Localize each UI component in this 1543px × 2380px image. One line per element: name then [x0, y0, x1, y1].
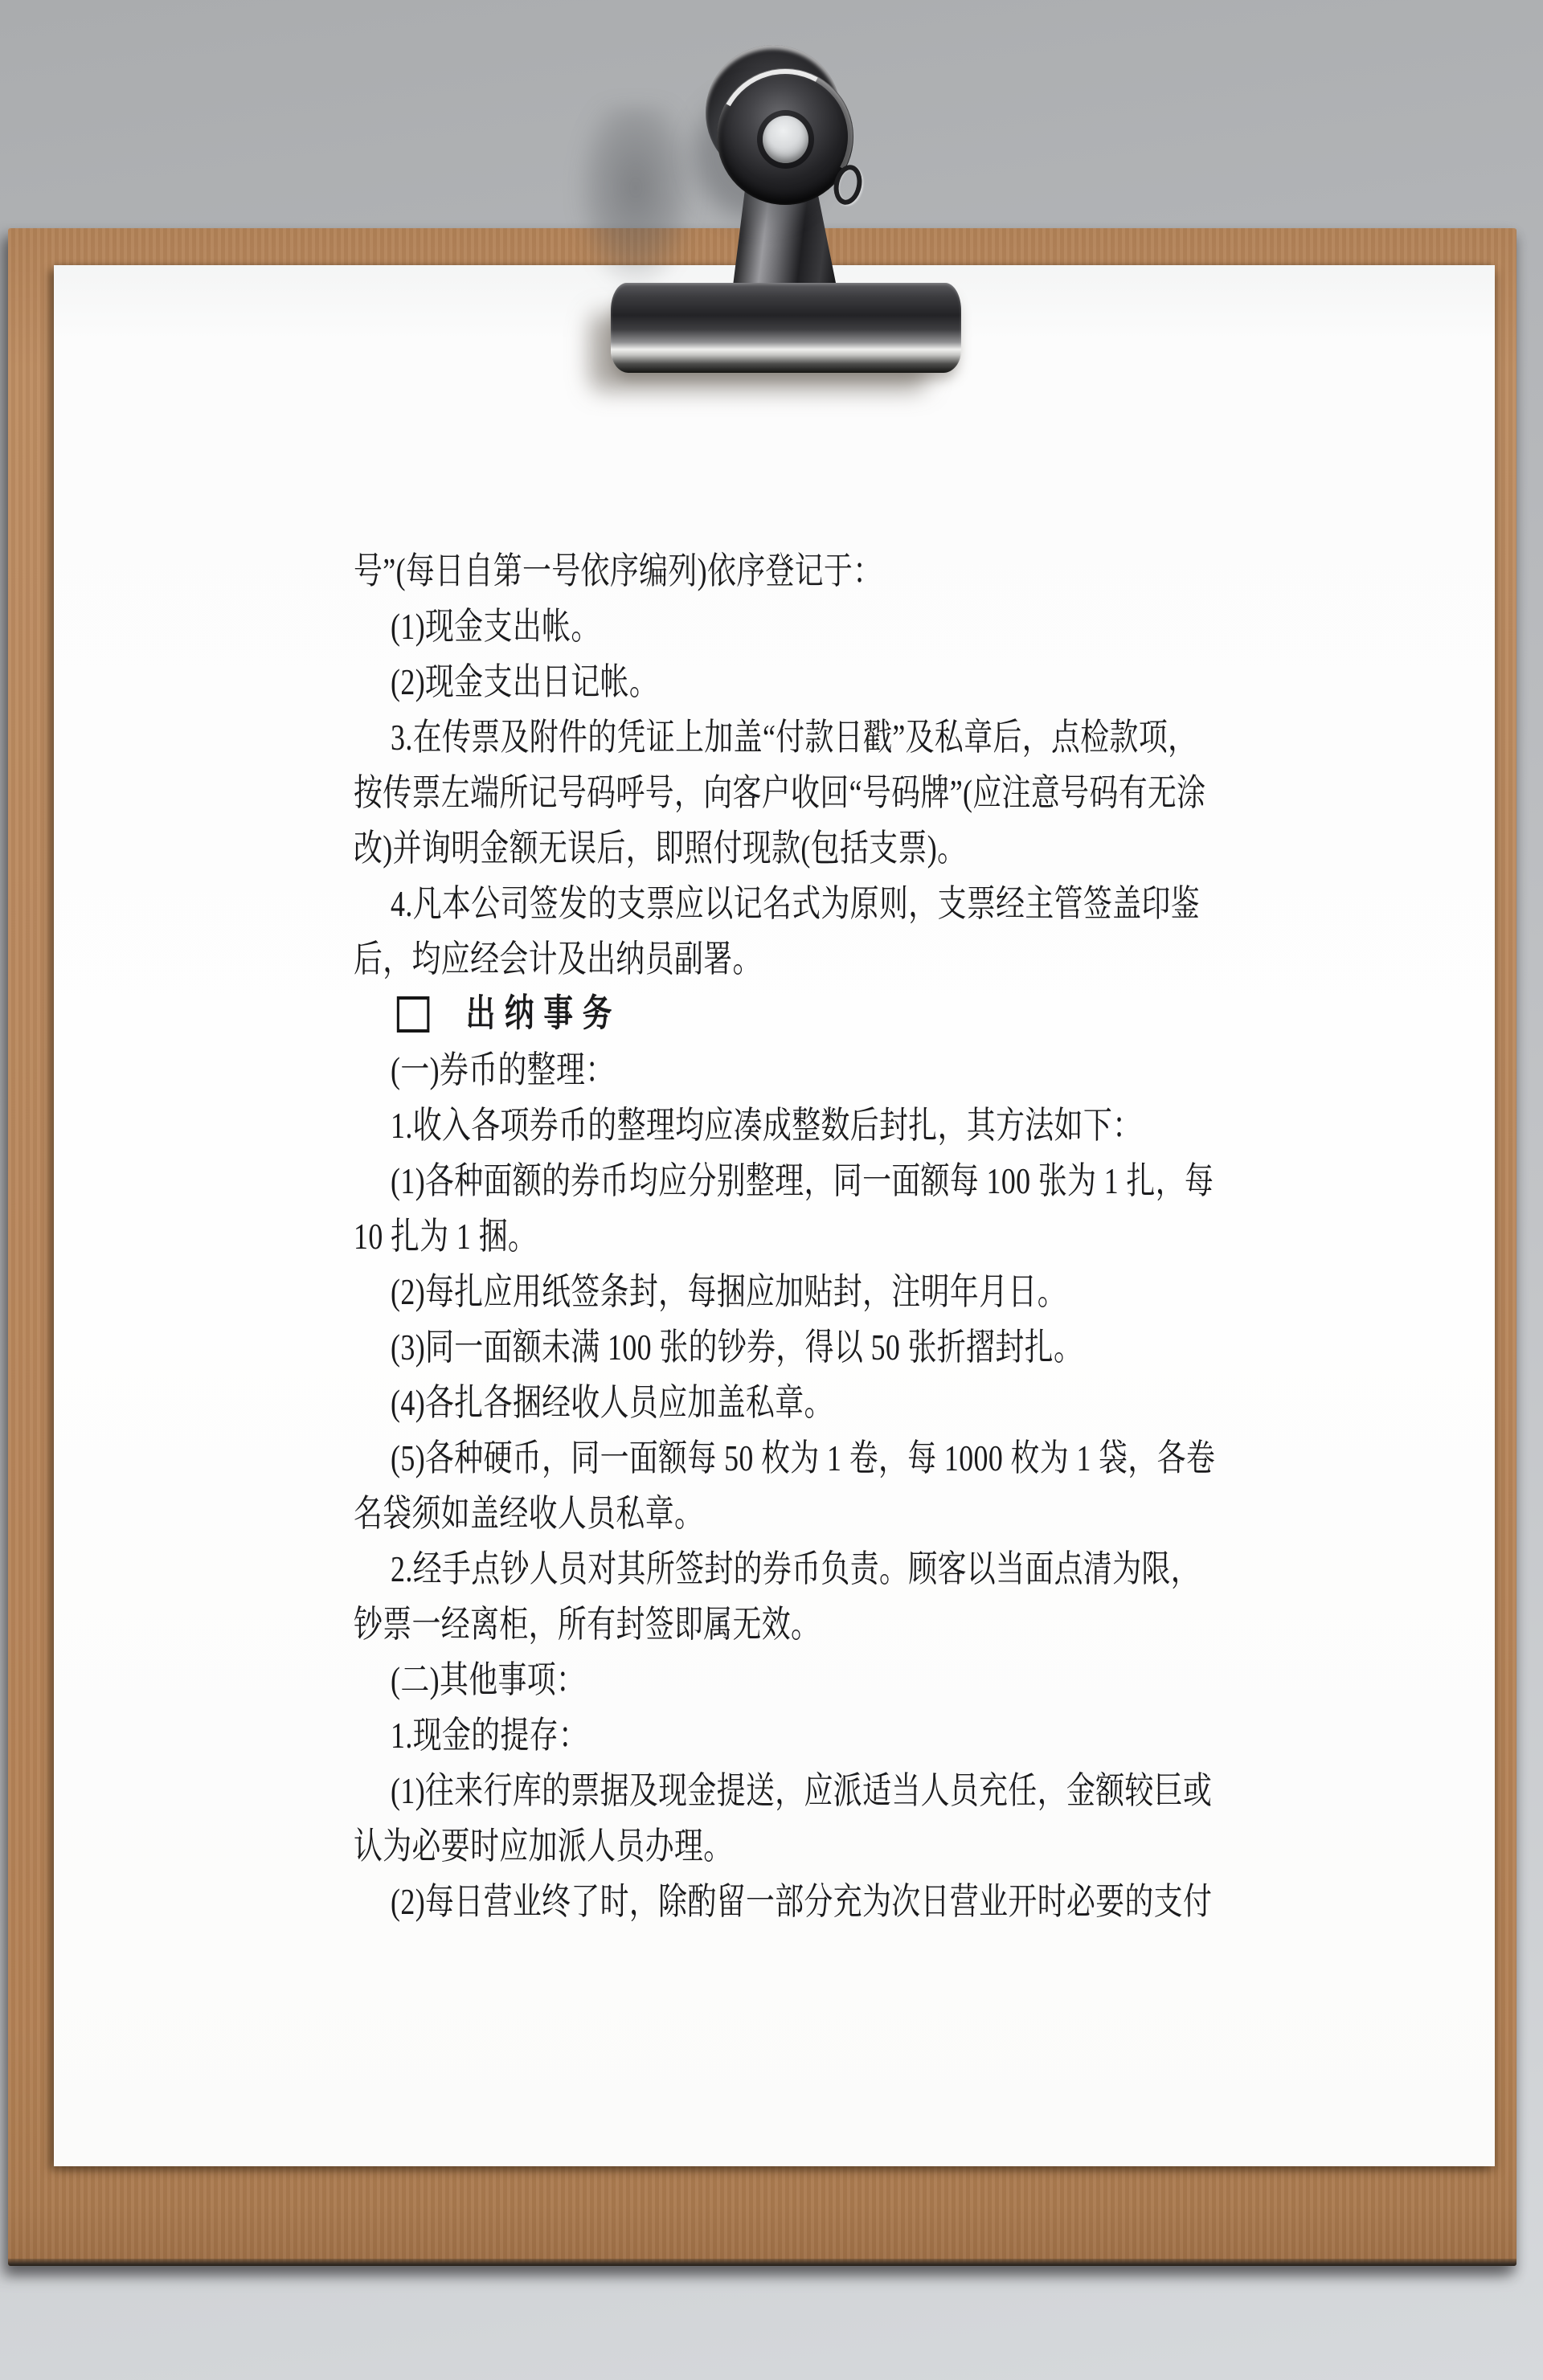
text-line: 号”(每日自第一号依序编列)依序登记于： — [354, 543, 1225, 599]
text-line: 10 扎为 1 捆。 — [354, 1208, 1225, 1264]
text-line: (5)各种硬币，同一面额每 50 枚为 1 卷，每 1000 枚为 1 袋，各卷 — [354, 1430, 1225, 1486]
text-line: 1.现金的提存： — [354, 1707, 1225, 1763]
text-line: 2.经手点钞人员对其所签封的券币负责。顾客以当面点清为限， — [354, 1541, 1225, 1597]
clipboard-scene: 号”(每日自第一号依序编列)依序登记于：(1)现金支出帐。(2)现金支出日记帐。… — [0, 0, 1543, 2380]
text-line: 3.在传票及附件的凭证上加盖“付款日戳”及私章后，点检款项， — [354, 710, 1225, 765]
text-line: (2)现金支出日记帐。 — [354, 654, 1225, 710]
text-line: 钞票一经离柜，所有封签即属无效。 — [354, 1597, 1225, 1652]
clip-shadow — [575, 104, 696, 289]
text-line: (4)各扎各捆经收人员应加盖私章。 — [354, 1375, 1225, 1430]
text-line: (1)各种面额的券币均应分别整理，同一面额每 100 张为 1 扎，每 — [354, 1153, 1225, 1208]
heading-box-glyph — [397, 996, 430, 1033]
text-line: (3)同一面额未满 100 张的钞券，得以 50 张折摺封扎。 — [354, 1319, 1225, 1375]
text-line: 4.凡本公司签发的支票应以记名式为原则，支票经主管签盖印鉴 — [354, 876, 1225, 931]
section-heading: 出纳事务 — [466, 987, 621, 1042]
text-line: (1)现金支出帐。 — [354, 599, 1225, 654]
text-line: (二)其他事项： — [354, 1652, 1225, 1707]
text-line: (1)往来行库的票据及现金提送，应派适当人员充任，金额较巨或 — [354, 1763, 1225, 1818]
text-line: 后，均应经会计及出纳员副署。 — [354, 931, 1225, 987]
document-text-block: 号”(每日自第一号依序编列)依序登记于：(1)现金支出帐。(2)现金支出日记帐。… — [354, 543, 1225, 1929]
text-line: 改)并询明金额无误后，即照付现款(包括支票)。 — [354, 820, 1225, 876]
text-line: 认为必要时应加派人员办理。 — [354, 1818, 1225, 1874]
text-line: (2)每日营业终了时，除酌留一部分充为次日营业开时必要的支付 — [354, 1874, 1225, 1929]
text-line: 1.收入各项券币的整理均应凑成整数后封扎，其方法如下： — [354, 1098, 1225, 1153]
text-line: 出纳事务 — [354, 987, 1225, 1042]
clipboard-bottom-edge — [8, 2259, 1516, 2266]
text-line: 名袋须如盖经收人员私章。 — [354, 1486, 1225, 1541]
text-line: (2)每扎应用纸签条封，每捆应加贴封，注明年月日。 — [354, 1264, 1225, 1319]
clip-body — [611, 283, 961, 373]
clip-spring-coil — [717, 68, 853, 205]
text-line: 按传票左端所记号码呼号，向客户收回“号码牌”(应注意号码有无涂 — [354, 765, 1225, 820]
text-line: (一)券币的整理： — [354, 1042, 1225, 1098]
